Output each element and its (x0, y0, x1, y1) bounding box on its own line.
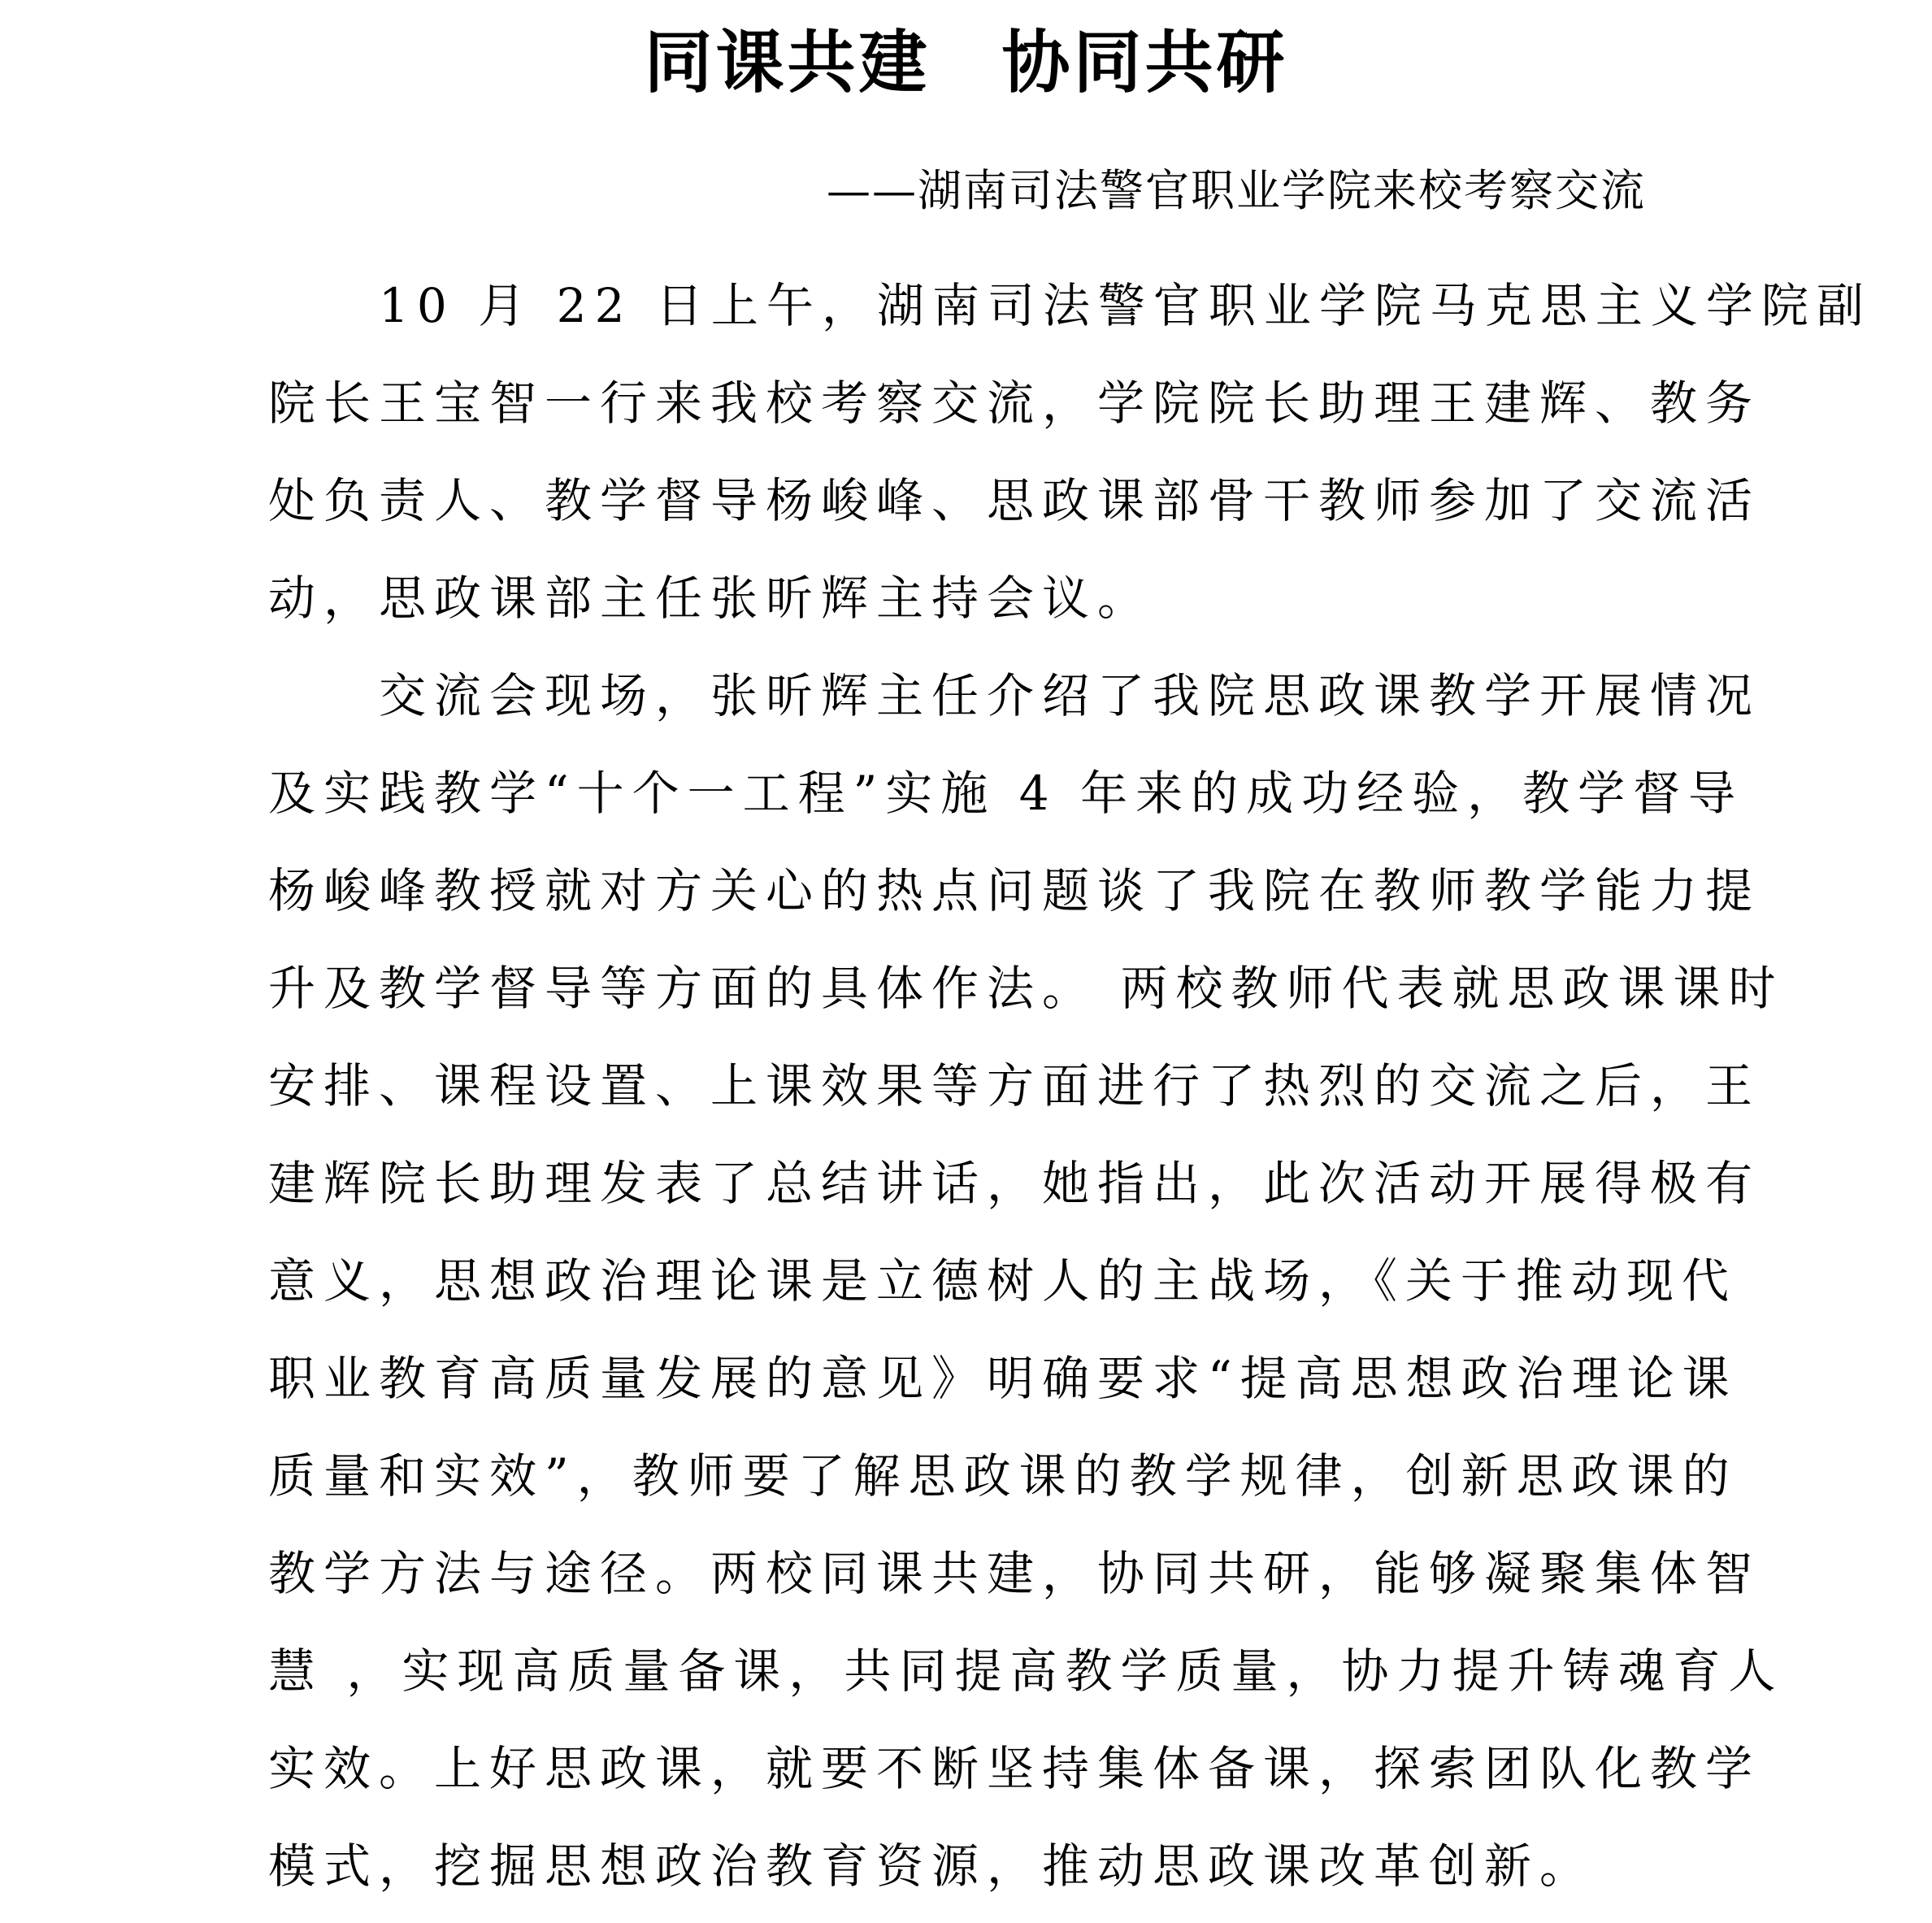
text-line: 慧 ，实现高质量备课，共同提高教学质量，协力提升铸魂育人 (268, 1622, 1704, 1720)
page-title: 同课共建 协同共研 (0, 0, 1932, 107)
text-line: 职业教育高质量发展的意见》明确要求“提高思想政治理论课 (268, 1330, 1704, 1427)
text-line: 安排、课程设置、上课效果等方面进行了热烈的交流之后，王 (268, 1037, 1704, 1135)
text-line: 教学方法与途径。两校同课共建，协同共研，能够凝聚集体智 (268, 1525, 1704, 1622)
text-line: 意义，思想政治理论课是立德树人的主战场，《关于推动现代 (268, 1232, 1704, 1330)
paragraph: 10 月 22 日上午，湖南司法警官职业学院马克思主义学院副院长王宝智一行来我校… (268, 257, 1704, 647)
document-page: 同课共建 协同共研 ——湖南司法警官职业学院来校考察交流 10 月 22 日上午… (0, 0, 1932, 1923)
text-line: 升及教学督导等方面的具体作法。 两校教师代表就思政课课时 (268, 940, 1704, 1037)
text-line: 院长王宝智一行来我校考察交流，学院院长助理王建辉、教务 (268, 354, 1704, 452)
text-line: 杨峻峰教授就对方关心的热点问题谈了我院在教师教学能力提 (268, 842, 1704, 940)
text-line: 及实践教学“十个一工程”实施 4 年来的成功经验，教学督导 (268, 744, 1704, 842)
text-line: 10 月 22 日上午，湖南司法警官职业学院马克思主义学院副 (268, 257, 1704, 354)
text-line: 处负责人、教学督导杨峻峰、思政课部骨干教师参加了交流活 (268, 452, 1704, 549)
text-line: 质量和实效”，教师要了解思政课的教学规律，创新思政课的 (268, 1427, 1704, 1525)
text-line: 实效。上好思政课，就要不断坚持集体备课，探索团队化教学 (268, 1720, 1704, 1817)
page-subtitle: ——湖南司法警官职业学院来校考察交流 (0, 166, 1932, 216)
document-body: 10 月 22 日上午，湖南司法警官职业学院马克思主义学院副院长王宝智一行来我校… (0, 257, 1932, 1915)
paragraph: 交流会现场，张昕辉主任介绍了我院思政课教学开展情况及实践教学“十个一工程”实施 … (268, 647, 1704, 1915)
text-line: 动，思政课部主任张昕辉主持会议。 (268, 549, 1704, 647)
text-line: 建辉院长助理发表了总结讲话，她指出，此次活动开展得极有 (268, 1135, 1704, 1232)
text-line: 交流会现场，张昕辉主任介绍了我院思政课教学开展情况 (268, 647, 1704, 744)
text-line: 模式，挖掘思想政治教育资源，推动思政课改革创新。 (268, 1817, 1704, 1915)
